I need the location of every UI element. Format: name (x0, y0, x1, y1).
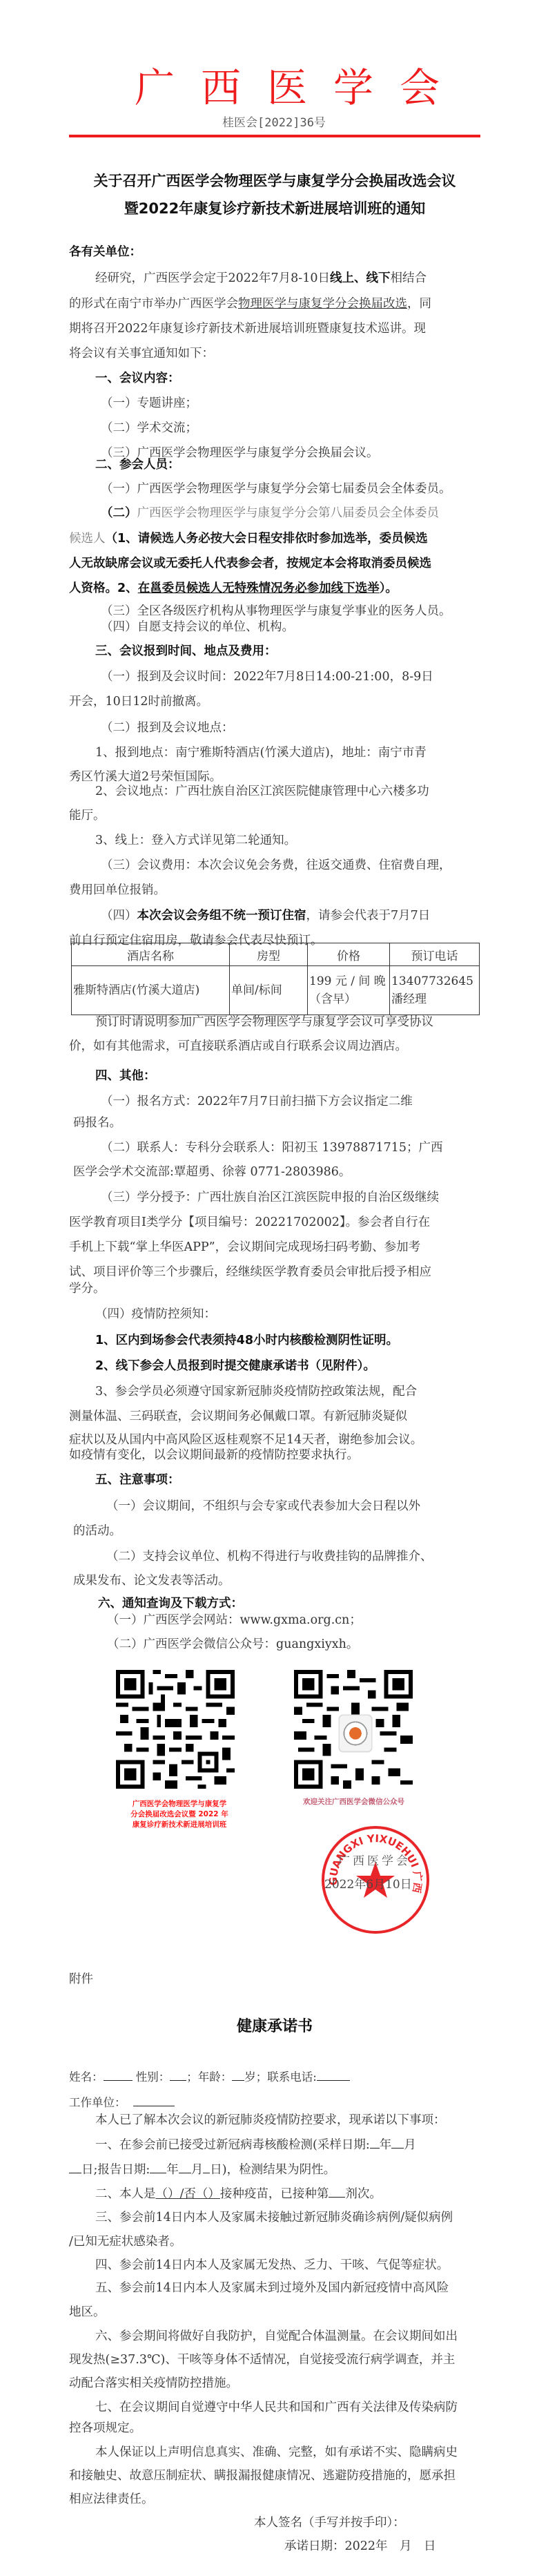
hotel-table: 酒店名称 房型 价格 预订电话 雅斯特酒店(竹溪大道店) 单间/标间 199 元… (71, 943, 480, 1015)
meeting-place-continued: 能厅。 (69, 807, 480, 825)
pledge-item: 七、在会议期间自觉遵守中华人民共和国和广西有关法律及传染病防 (69, 2399, 480, 2416)
note-item: （二）支持会议单位、机构不得进行与收费挂钩的品牌推介、 (69, 1548, 480, 1566)
phone-number: 13407732645 (391, 972, 478, 990)
item-underline: 在邕委员候选人无特殊情况务必参加线下选举 (138, 581, 380, 595)
qr-code-icon (116, 1670, 235, 1789)
document-number: 桂医会[2022]36号 (0, 113, 548, 130)
item-label: （二） (101, 506, 137, 520)
intro-paragraph: 经研究，广西医学会定于2022年7月8-10日线上、线下相结合 (69, 269, 480, 287)
pledge-text: 月 (404, 2138, 416, 2152)
signature-label: 本人签名（手写并按手印）： (254, 2514, 482, 2532)
meeting-fee-continued: 费用回单位报销。 (69, 881, 480, 899)
phone-field[interactable] (317, 2068, 350, 2081)
qr-code-icon (294, 1670, 413, 1789)
section-heading: 四、其他： (69, 1067, 480, 1085)
column-header: 预订电话 (390, 943, 480, 966)
note-item-continued: 的活动。 (69, 1522, 485, 1540)
place-heading: （二）报到及会议地点： (69, 719, 480, 737)
intro-text: 经研究，广西医学会定于2022年7月8-10日 (95, 271, 330, 285)
gender-label: 性别： (136, 2070, 170, 2084)
wechat-qr-code[interactable] (294, 1670, 413, 1791)
room-type: 单间/标间 (230, 966, 308, 1015)
item-text: 广西医学会物理医学与康复学分会第八届委员会全体委员 (137, 506, 440, 520)
contact-person: 潘经理 (391, 990, 478, 1008)
lodging-bold: 本次会议会务组不统一预订住宿 (137, 909, 306, 923)
sample-day-field[interactable] (69, 2160, 81, 2173)
org-masthead: 广西医学会 (0, 64, 548, 112)
contact-info-continued: 医学会学术交流部:覃超勇、徐蓉 0771-2803986。 (69, 1163, 485, 1181)
wechat-info: （二）广西医学会微信公众号：guangxiyxh。 (69, 1635, 480, 1653)
item-bold: ）。 (380, 581, 398, 595)
column-header: 酒店名称 (72, 943, 230, 966)
intro-text: 期将召开2022年康复诊疗新技术新进展培训班暨康复技术巡讲。现 (69, 320, 480, 338)
dose-count-field[interactable] (329, 2184, 345, 2198)
meeting-place: 2、会议地点：广西壮族自治区江滨医院健康管理中心六楼多功 (69, 782, 480, 800)
section-heading: 六、通知查询及下载方式： (69, 1595, 480, 1613)
price-note: （含早） (309, 990, 388, 1008)
credit-info-continued: 手机上下载“掌上华医APP”，会议期间完成现场扫码考勤、参加考 (69, 1238, 480, 1256)
pledge-item: 三、参会前14日内本人及家属未接触过新冠肺炎确诊病例/疑似病例 (69, 2209, 480, 2227)
item-bold: 人无故缺席会议或无委托人代表参会者，按规定本会将取消委员候选 (69, 555, 480, 573)
pledge-item: 二、本人是（）/否（）接种疫苗，已接种第剂次。 (69, 2184, 480, 2203)
pledge-text: 二、本人是 (95, 2187, 156, 2201)
lodging-text: ，请参会代表于7月7日 (306, 909, 431, 923)
pledge-item: 一、在参会前已接受过新冠病毒核酸检测(采样日期:年月 (69, 2135, 480, 2154)
list-item: （一）广西医学会物理医学与康复学分会第七届委员会全体委员。 (69, 480, 480, 498)
pledge-item: 六、参会期间将做好自我防护，自觉配合体温测量。在会议期间如出 (69, 2327, 480, 2345)
pledge-text: 月 (191, 2163, 204, 2177)
pledge-text: 剂次。 (345, 2187, 382, 2201)
registration-place: 1、报到地点：南宁雅斯特酒店(竹溪大道店)，地址：南宁市青 (69, 744, 480, 762)
booking-note: 预订时请说明参加广西医学会物理医学与康复学会议可享受协议 (69, 1013, 480, 1031)
lodging-notice: （四）本次会议会务组不统一预订住宿，请参会代表于7月7日 (69, 907, 480, 925)
pledge-text: 日)，检测结果为阴性。 (210, 2163, 335, 2177)
table-header-row: 酒店名称 房型 价格 预订电话 (72, 943, 480, 966)
report-month-field[interactable] (179, 2160, 191, 2173)
credit-info-continued: 医学教育项目Ⅰ类学分【项目编号：20221702002】。参会者自行在 (69, 1213, 480, 1231)
section-heading: 一、会议内容： (69, 369, 480, 387)
pledge-intro: 本人已了解本次会议的新冠肺炎疫情防控要求，现承诺以下事项： (69, 2111, 480, 2129)
signup-qr-caption: 广西医学会物理医学与康复学 分会换届改选会议暨 2022 年 康复诊疗新技术新进… (121, 1799, 238, 1830)
epidemic-rule: 3、参会学员必须遵守国家新冠肺炎疫情防控政策法规，配合 (69, 1383, 480, 1401)
table-row: 雅斯特酒店(竹溪大道店) 单间/标间 199 元 / 间 晚 （含早） 1340… (72, 966, 480, 1015)
column-header: 价格 (308, 943, 390, 966)
signup-method-continued: 码报名。 (69, 1114, 485, 1132)
pledge-text: 年 (380, 2138, 392, 2152)
notice-title-line1: 关于召开广西医学会物理医学与康复学分会换届改选会议 (69, 171, 480, 191)
list-item: （二）广西医学会物理医学与康复学分会第八届委员会全体委员 (69, 504, 480, 522)
list-item-continued: 候选人（1、请候选人务必按大会日程安排依时参加选举，委员候选 (69, 530, 480, 548)
pledge-text: 年 (166, 2163, 179, 2177)
age-field[interactable] (232, 2068, 244, 2081)
column-header: 房型 (230, 943, 308, 966)
epidemic-rule-continued: 如疫情有变化，以会议期间最新的疫情防控要求执行。 (69, 1446, 480, 1464)
caption-line: 康复诊疗新技术新进展培训班 (121, 1820, 238, 1830)
meeting-time-continued: 开会，10日12时前撤离。 (69, 693, 480, 711)
wechat-qr-caption: 欢迎关注广西医学会微信公众号 (290, 1797, 418, 1807)
work-unit-row: 工作单位： (69, 2093, 480, 2112)
sample-month-field[interactable] (391, 2135, 404, 2149)
work-unit-field[interactable] (133, 2093, 175, 2106)
list-item-continued: 人资格。2、在邕委员候选人无特殊情况务必参加线下选举）。 (69, 579, 480, 597)
attachment-label: 附件 (69, 1970, 480, 1988)
pledge-text: 接种疫苗，已接种第 (220, 2187, 329, 2201)
note-item-continued: 成果发布、论文发表等活动。 (69, 1572, 485, 1590)
signup-qr-code[interactable] (116, 1670, 235, 1791)
intro-bold: 线上、线下 (330, 271, 391, 285)
gender-field[interactable] (170, 2068, 186, 2081)
note-item: （一）会议期间，不组织与会专家或代表参加大会日程以外 (69, 1497, 480, 1515)
vaccine-choice[interactable]: （）/否（） (156, 2187, 220, 2201)
list-item: （四）自愿支持会议的单位、机构。 (69, 618, 480, 636)
credit-info-continued: 学分。 (69, 1280, 480, 1298)
booking-note-continued: 价，如有其他需求，可直接联系酒店或自行联系会议周边酒店。 (69, 1037, 480, 1055)
name-field[interactable] (104, 2068, 133, 2081)
hotel-name: 雅斯特酒店(竹溪大道店) (72, 966, 230, 1015)
age-label: ；年龄： (186, 2070, 232, 2084)
name-label: 姓名： (69, 2070, 104, 2084)
intro-text: ，同 (407, 297, 431, 311)
personal-info-row: 姓名： 性别：；年龄：岁；联系电话: (69, 2068, 480, 2086)
item-label: （四） (101, 909, 137, 923)
pledge-item-continued: 现发热(≥37.3℃)、干咳等身体不适情况，自觉接受流行病学调查，并主 (69, 2351, 480, 2369)
pledge-text: 日;报告日期: (81, 2163, 150, 2177)
credit-info-continued: 试、项目评价等三个步骤后，经继续医学教育委员会审批后授予相应 (69, 1263, 480, 1281)
website-info: （一）广西医学会网站：www.gxma.org.cn； (69, 1611, 480, 1629)
list-item: （二）学术交流； (69, 419, 480, 437)
price-value: 199 元 / 间 晚 (309, 972, 388, 990)
contact-info: （二）联系人：专科分会联系人：阳初玉 13978871715；广西 (69, 1139, 480, 1157)
caption-line: 分会换届改选会议暨 2022 年 (121, 1809, 238, 1820)
pledge-text: 一、在参会前已接受过新冠病毒核酸检测(采样日期: (95, 2138, 370, 2152)
pledge-item-continued: 控各项规定。 (69, 2419, 480, 2437)
list-item: （一）专题讲座； (69, 394, 480, 412)
booking-phone: 13407732645 潘经理 (390, 966, 480, 1015)
credit-info: （三）学分授予：广西壮族自治区江滨医院申报的自治区级继续 (69, 1189, 480, 1207)
caption-line: 广西医学会物理医学与康复学 (121, 1799, 238, 1809)
epidemic-heading: （四）疫情防控须知： (69, 1305, 480, 1323)
salutation: 各有关单位： (69, 243, 480, 261)
pledge-item: 五、参会前14日内本人及家属未到过境外及国内新冠疫情中高风险 (69, 2279, 480, 2297)
pledge-statement-continued: 相应法律责任。 (69, 2490, 480, 2508)
intro-text: 将会议有关事宜通知如下： (69, 345, 480, 363)
signature-org: 广西医学会 (338, 1851, 411, 1868)
section-heading: 三、会议报到时间、地点及费用： (69, 642, 480, 660)
intro-paragraph: 的形式在南宁市举办广西医学会物理医学与康复学分会换届改选，同 (69, 295, 480, 313)
pledge-date-label: 承诺日期：2022年 月 日 (284, 2537, 485, 2555)
header-divider (69, 135, 480, 137)
pledge-statement: 本人保证以上声明信息真实、准确、完整，如有承诺不实、隐瞒病史 (69, 2443, 480, 2461)
section-heading: 二、参会人员： (69, 456, 480, 474)
price: 199 元 / 间 晚 （含早） (308, 966, 390, 1015)
pledge-item-continued: 地区。 (69, 2303, 480, 2321)
epidemic-rule-continued: 测量体温、三码联查，会议期间务必佩戴口罩。有新冠肺炎疑似 (69, 1407, 480, 1425)
phone-label: 岁；联系电话: (244, 2070, 317, 2084)
notice-title-line2: 暨2022年康复诊疗新技术新进展培训班的通知 (69, 198, 480, 219)
epidemic-rule: 2、线下参会人员报到时提交健康承诺书（见附件）。 (69, 1357, 480, 1375)
online-info: 3、线上：登入方式详见第二轮通知。 (69, 832, 480, 849)
item-bold: （1、请候选人务必按大会日程安排依时参加选举，委员候选 (106, 532, 428, 546)
work-unit-label: 工作单位： (69, 2096, 126, 2109)
intro-text: 相结合 (390, 271, 427, 285)
meeting-time: （一）报到及会议时间：2022年7月8日14:00-21:00，8-9日 (69, 668, 480, 686)
report-day-field[interactable] (203, 2160, 210, 2173)
intro-underline: 物理医学与康复学分会换届改选 (238, 297, 407, 311)
attachment-title: 健康承诺书 (69, 2017, 480, 2037)
intro-text: 的形式在南宁市举办广西医学会 (69, 297, 238, 311)
epidemic-rule: 1、区内到场参会代表须持48小时内核酸检测阴性证明。 (69, 1332, 480, 1349)
pledge-item-continued: /已知无症状感染者。 (69, 2233, 480, 2251)
pledge-item-continued: 动配合落实相关疫情防控措施。 (69, 2374, 480, 2392)
sample-year-field[interactable] (370, 2135, 380, 2149)
pledge-item-continued: 日;报告日期:年月日)，检测结果为阴性。 (69, 2160, 480, 2179)
signature-date: 2022年6月10日 (324, 1874, 412, 1892)
signup-method: （一）报名方式：2022年7月7日前扫描下方会议指定二维 (69, 1093, 480, 1111)
item-bold: 人资格。2、 (69, 581, 138, 595)
meeting-fee: （三）会议费用：本次会议免会务费，往返交通费、住宿费自理， (69, 856, 480, 874)
pledge-statement-continued: 和接触史、故意压制症状、瞒报漏报健康情况、逃避防疫措施的，愿承担 (69, 2467, 480, 2485)
report-year-field[interactable] (150, 2160, 166, 2173)
section-heading: 五、注意事项： (69, 1471, 480, 1489)
item-text: 候选人 (69, 532, 106, 546)
pledge-item: 四、参会前14日内本人及家属无发热、乏力、干咳、气促等症状。 (69, 2256, 480, 2274)
